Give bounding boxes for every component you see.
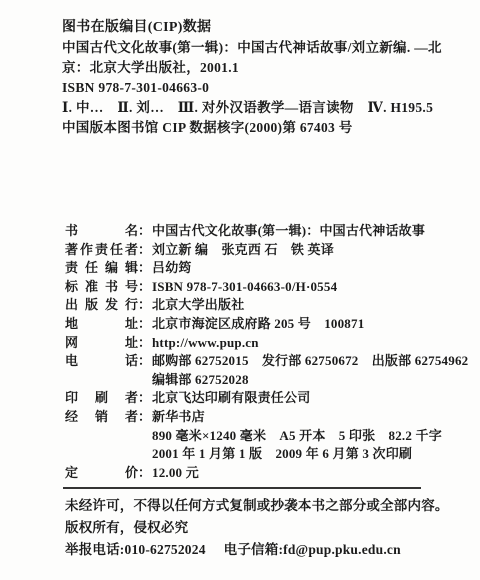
- field-colon: ：: [138, 464, 152, 483]
- field-value: 中国古代文化故事(第一辑)：中国古代神话故事: [152, 222, 425, 241]
- colophon-block: 书名 ： 中国古代文化故事(第一辑)：中国古代神话故事 著作责任者 ： 刘立新 …: [65, 222, 465, 482]
- field-value: 北京市海淀区成府路 205 号 100871: [152, 315, 364, 334]
- cip-entry-line-2: 京：北京大学出版社，2001.1: [62, 58, 462, 78]
- field-label: 著作责任者: [65, 241, 138, 260]
- field-label: 印刷者: [65, 389, 138, 408]
- field-label: [65, 445, 138, 464]
- field-colon: ：: [138, 278, 152, 297]
- notice-line-no-copying: 未经许可，不得以任何方式复制或抄袭本书之部分或全部内容。: [65, 495, 455, 517]
- row-format: 890 毫米×1240 毫米 A5 开本 5 印张 82.2 千字: [65, 427, 465, 446]
- field-colon: [138, 371, 152, 390]
- field-label: 经销者: [65, 408, 138, 427]
- field-label: [65, 427, 138, 446]
- field-colon: ：: [138, 241, 152, 260]
- field-value: 新华书店: [152, 408, 205, 427]
- field-value: 编辑部 62752028: [152, 371, 249, 390]
- row-book-title: 书名 ： 中国古代文化故事(第一辑)：中国古代神话故事: [65, 222, 465, 241]
- notice-line-contacts: 举报电话:010-62752024电子信箱:fd@pup.pku.edu.cn: [65, 539, 455, 561]
- row-telephone: 电话 ： 邮购部 62752015 发行部 62750672 出版部 62754…: [65, 352, 465, 371]
- field-value: 890 毫米×1240 毫米 A5 开本 5 印张 82.2 千字: [152, 427, 442, 446]
- field-label: 出版发行: [65, 296, 138, 315]
- copyright-notice-block: 未经许可，不得以任何方式复制或抄袭本书之部分或全部内容。 版权所有，侵权必究 举…: [65, 495, 455, 561]
- field-colon: ：: [138, 296, 152, 315]
- field-colon: ：: [138, 222, 152, 241]
- cip-classification: Ⅰ. 中… Ⅱ. 刘… Ⅲ. 对外汉语教学—语言读物 Ⅳ. H195.5: [62, 98, 462, 118]
- field-label: 标准书号: [65, 278, 138, 297]
- field-label: 书名: [65, 222, 138, 241]
- field-colon: ：: [138, 389, 152, 408]
- row-address: 地址 ： 北京市海淀区成府路 205 号 100871: [65, 315, 465, 334]
- field-value: ISBN 978-7-301-04663-0/H·0554: [152, 278, 337, 297]
- field-colon: [138, 445, 152, 464]
- field-label: 网址: [65, 334, 138, 353]
- report-phone-label: 举报电话:: [65, 542, 125, 557]
- copyright-page: 图书在版编目(CIP)数据 中国古代文化故事(第一辑)：中国古代神话故事/刘立新…: [0, 0, 480, 580]
- field-label: 地址: [65, 315, 138, 334]
- row-price: 定价 ： 12.00 元: [65, 464, 465, 483]
- field-colon: ：: [138, 259, 152, 278]
- field-value: 刘立新 编 张克西 石 铁 英译: [152, 241, 334, 260]
- field-colon: [138, 427, 152, 446]
- notice-line-all-rights-reserved: 版权所有，侵权必究: [65, 517, 455, 539]
- row-website: 网址 ： http://www.pup.cn: [65, 334, 465, 353]
- report-phone-number: 010-62752024: [125, 542, 206, 557]
- row-isbn: 标准书号 ： ISBN 978-7-301-04663-0/H·0554: [65, 278, 465, 297]
- field-label: [65, 371, 138, 390]
- cip-isbn: ISBN 978-7-301-04663-0: [62, 78, 462, 98]
- field-colon: ：: [138, 334, 152, 353]
- field-value: 北京大学出版社: [152, 296, 244, 315]
- field-value: 邮购部 62752015 发行部 62750672 出版部 62754962: [152, 352, 468, 371]
- row-telephone-cont: 编辑部 62752028: [65, 371, 465, 390]
- cip-data-block: 图书在版编目(CIP)数据 中国古代文化故事(第一辑)：中国古代神话故事/刘立新…: [62, 18, 462, 138]
- row-distributor: 经销者 ： 新华书店: [65, 408, 465, 427]
- field-value: http://www.pup.cn: [152, 334, 259, 353]
- row-edition: 2001 年 1 月第 1 版 2009 年 6 月第 3 次印刷: [65, 445, 465, 464]
- field-value: 2001 年 1 月第 1 版 2009 年 6 月第 3 次印刷: [152, 445, 412, 464]
- cip-record-number: 中国版本图书馆 CIP 数据核字(2000)第 67403 号: [62, 118, 462, 138]
- divider-rule: [63, 487, 421, 489]
- cip-heading: 图书在版编目(CIP)数据: [62, 18, 462, 38]
- row-authors: 著作责任者 ： 刘立新 编 张克西 石 铁 英译: [65, 241, 465, 260]
- field-colon: ：: [138, 352, 152, 371]
- field-label: 定价: [65, 464, 138, 483]
- email-address: fd@pup.pku.edu.cn: [283, 542, 401, 557]
- cip-entry-line-1: 中国古代文化故事(第一辑)：中国古代神话故事/刘立新编. —北: [62, 38, 462, 58]
- row-editor: 责任编辑 ： 吕幼筠: [65, 259, 465, 278]
- field-value: 12.00 元: [152, 464, 199, 483]
- field-colon: ：: [138, 315, 152, 334]
- field-value: 吕幼筠: [152, 259, 192, 278]
- row-printer: 印刷者 ： 北京飞达印刷有限责任公司: [65, 389, 465, 408]
- field-value: 北京飞达印刷有限责任公司: [152, 389, 310, 408]
- field-label: 电话: [65, 352, 138, 371]
- row-publisher: 出版发行 ： 北京大学出版社: [65, 296, 465, 315]
- field-colon: ：: [138, 408, 152, 427]
- email-label: 电子信箱:: [224, 542, 284, 557]
- field-label: 责任编辑: [65, 259, 138, 278]
